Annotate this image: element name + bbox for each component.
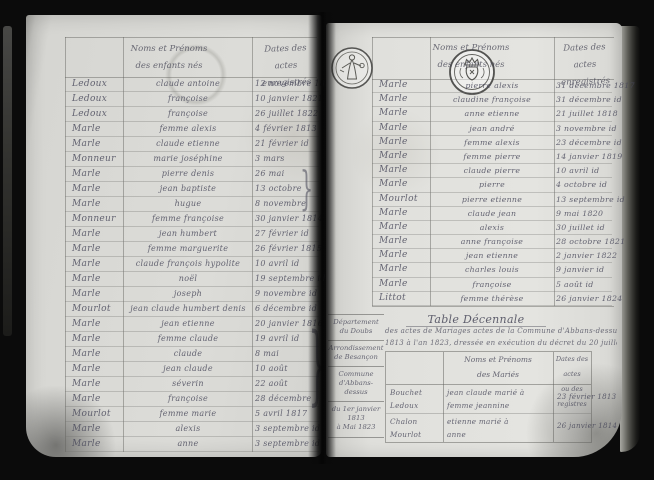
given-name-cell: claude jean bbox=[430, 207, 554, 221]
surname-cell: Marle bbox=[372, 122, 430, 136]
spouses-surnames-cell: Bouchet Ledoux bbox=[386, 385, 443, 413]
margin-note-line2: du Doubs bbox=[328, 327, 384, 336]
date-cell: 9 janvier id bbox=[554, 263, 612, 277]
register-row: Marle alexis 30 juillet id bbox=[372, 221, 612, 235]
date-cell: 31 décembre id bbox=[554, 93, 612, 107]
given-name-cell: marie joséphine bbox=[123, 152, 253, 166]
surname-cell: Marle bbox=[372, 79, 430, 93]
column-divider bbox=[553, 352, 554, 442]
margin-note-block: Département du Doubs bbox=[328, 314, 384, 336]
dates-header-line1: Dates des actes bbox=[554, 39, 615, 75]
surname-cell: Marle bbox=[65, 137, 123, 151]
given-name-cell: claude bbox=[123, 347, 253, 361]
spouses-given-names-cell: jean claude marié à femme jeannine bbox=[443, 385, 553, 413]
surname-line2: Mourlot bbox=[390, 428, 443, 441]
given-name-cell: pierre etienne bbox=[430, 193, 554, 207]
margin-note-line2: de Besançon bbox=[328, 353, 384, 362]
surname-cell: Marle bbox=[372, 136, 430, 150]
register-row: Ledoux claude antoine 12 novembre 1819 bbox=[65, 77, 319, 92]
surname-cell: Marle bbox=[65, 167, 123, 181]
register-row: Marle femme alexis 4 février 1813 bbox=[65, 122, 319, 137]
given-line2: femme jeannine bbox=[447, 399, 553, 412]
surname-cell: Marle bbox=[65, 422, 123, 436]
table-bottom-rule bbox=[372, 306, 614, 307]
dates-header-line1: Dates des actes bbox=[553, 352, 591, 382]
table-description-line1: des actes de Mariages actes de la Commun… bbox=[385, 327, 617, 335]
margin-note-line1: Département bbox=[328, 318, 384, 327]
surname-line1: Bouchet bbox=[390, 386, 443, 399]
register-row: Marle anne 3 septembre id bbox=[65, 437, 319, 452]
left-page: Noms et Prénoms des enfants nés Dates de… bbox=[26, 15, 322, 457]
marriage-date-cell: 26 janvier 1814 bbox=[553, 414, 591, 442]
margin-note-block: du 1er janvier 1813 à Mai 1823 bbox=[328, 401, 384, 432]
date-cell: 28 octobre 1821 bbox=[554, 235, 612, 249]
register-row: Marle jean baptiste 13 octobre bbox=[65, 182, 319, 197]
book-gutter-shadow bbox=[308, 12, 336, 464]
names-header-line1: Noms et Prénoms bbox=[443, 352, 553, 367]
register-row: Ledoux françoise 26 juillet 1822 bbox=[65, 107, 319, 122]
margin-closing-rule bbox=[328, 437, 384, 440]
scanned-register-photo: Noms et Prénoms des enfants nés Dates de… bbox=[0, 0, 654, 480]
surname-cell: Marle bbox=[65, 227, 123, 241]
surname-cell: Marle bbox=[65, 332, 123, 346]
register-row: Mourlot jean claude humbert denis 6 déce… bbox=[65, 302, 319, 317]
surname-cell: Marle bbox=[65, 362, 123, 376]
register-row: Marle femme pierre 14 janvier 1819 bbox=[372, 150, 612, 164]
given-name-cell: françoise bbox=[123, 107, 253, 121]
date-cell: 21 juillet 1818 bbox=[554, 107, 612, 121]
surname-cell: Marle bbox=[372, 107, 430, 121]
date-cell: 2 janvier 1822 bbox=[554, 249, 612, 263]
register-row: Marle alexis 3 septembre id bbox=[65, 422, 319, 437]
margin-note-line1: du 1er janvier 1813 bbox=[328, 405, 384, 423]
given-name-cell: femme claude bbox=[123, 332, 253, 346]
given-name-cell: anne etienne bbox=[430, 107, 554, 121]
date-cell: 4 octobre id bbox=[554, 178, 612, 192]
register-row: Marle pierre denis 26 mai bbox=[65, 167, 319, 182]
names-header-line2: des enfants nés bbox=[88, 58, 250, 75]
spouses-surnames-cell: Chalon Mourlot bbox=[386, 414, 443, 442]
given-name-cell: alexis bbox=[123, 422, 253, 436]
given-name-cell: jean humbert bbox=[123, 227, 253, 241]
surname-cell: Marle bbox=[65, 437, 123, 451]
register-row: Marle jean claude 10 août bbox=[65, 362, 319, 377]
surname-cell: Marle bbox=[65, 197, 123, 211]
surname-cell: Marle bbox=[65, 347, 123, 361]
date-cell: 26 janvier 1824 bbox=[554, 292, 612, 306]
register-row: Ledoux françoise 10 janvier 1821 bbox=[65, 92, 319, 107]
decennial-table-title: Table Décennale bbox=[406, 313, 546, 327]
margin-note-line1: Arrondissement bbox=[328, 344, 384, 353]
register-row: Mourlot femme marie 5 avril 1817 bbox=[65, 407, 319, 422]
surname-cell: Monneur bbox=[65, 212, 123, 226]
date-cell: 10 avril id bbox=[554, 164, 612, 178]
given-name-cell: jean etienne bbox=[430, 249, 554, 263]
given-name-cell: séverin bbox=[123, 377, 253, 391]
table-top-rule bbox=[372, 37, 614, 38]
birth-register-rows: Marle pierre alexis 31 décembre 1817 Mar… bbox=[372, 79, 612, 306]
register-row: Marle charles louis 9 janvier id bbox=[372, 263, 612, 277]
register-row: Marle hugue 8 novembre bbox=[65, 197, 319, 212]
given-line1: etienne marié à bbox=[447, 415, 553, 428]
given-name-cell: femme alexis bbox=[430, 136, 554, 150]
register-row: Littot femme thérèse 26 janvier 1824 bbox=[372, 292, 612, 306]
register-row: Marle claude jean 9 mai 1820 bbox=[372, 207, 612, 221]
surname-cell: Marle bbox=[65, 317, 123, 331]
marianne-figure-seal-icon bbox=[330, 46, 374, 90]
given-name-cell: femme pierre bbox=[430, 150, 554, 164]
given-name-cell: jean etienne bbox=[123, 317, 253, 331]
table-description-line2: 1813 à l'an 1823, dressée en exécution d… bbox=[385, 339, 617, 347]
margin-note-block: Arrondissement de Besançon bbox=[328, 340, 384, 362]
register-row: Marle pierre 4 octobre id bbox=[372, 178, 612, 192]
given-name-cell: françoise bbox=[123, 92, 253, 106]
register-row: Marle joseph 9 novembre id bbox=[65, 287, 319, 302]
surname-cell: Marle bbox=[65, 122, 123, 136]
register-row: Marle claude françois hypolite 10 avril … bbox=[65, 257, 319, 272]
given-name-cell: claude françois hypolite bbox=[123, 257, 253, 271]
register-row: Marle noël 19 septembre id bbox=[65, 272, 319, 287]
given-name-cell: femme marie bbox=[123, 407, 253, 421]
given-name-cell: anne françoise bbox=[430, 235, 554, 249]
date-cell: 13 septembre id bbox=[554, 193, 612, 207]
date-cell: 9 mai 1820 bbox=[554, 207, 612, 221]
given-name-cell: claude pierre bbox=[430, 164, 554, 178]
given-name-cell: claudine françoise bbox=[430, 93, 554, 107]
register-row: Marle anne etienne 21 juillet 1818 bbox=[372, 107, 612, 121]
surname-cell: Ledoux bbox=[65, 107, 123, 121]
given-name-cell: jean claude bbox=[123, 362, 253, 376]
register-row: Marle femme alexis 23 décembre id bbox=[372, 136, 612, 150]
date-cell: 3 novembre id bbox=[554, 122, 612, 136]
column-divider bbox=[443, 352, 444, 442]
register-row: Marle séverin 22 août bbox=[65, 377, 319, 392]
surname-cell: Marle bbox=[372, 150, 430, 164]
margin-note-line1: Commune bbox=[328, 370, 384, 379]
marriage-rows: Bouchet Ledoux jean claude marié à femme… bbox=[386, 385, 591, 442]
marriage-row: Chalon Mourlot etienne marié à anne 26 j… bbox=[386, 414, 591, 442]
given-line1: jean claude marié à bbox=[447, 386, 553, 399]
given-line2: anne bbox=[447, 428, 553, 441]
right-page: Noms et Prénoms des enfants nés Dates de… bbox=[326, 23, 622, 457]
surname-cell: Marle bbox=[372, 278, 430, 292]
register-row: Mourlot pierre etienne 13 septembre id bbox=[372, 193, 612, 207]
names-header-line1: Noms et Prénoms bbox=[396, 40, 546, 57]
date-cell: 14 janvier 1819 bbox=[554, 150, 612, 164]
given-name-cell: joseph bbox=[123, 287, 253, 301]
given-name-cell: charles louis bbox=[430, 263, 554, 277]
surname-cell: Ledoux bbox=[65, 92, 123, 106]
surname-cell: Marle bbox=[372, 207, 430, 221]
register-row: Marle claude 8 mai bbox=[65, 347, 319, 362]
margin-administrative-notes: Département du Doubs Arrondissement de B… bbox=[328, 314, 384, 436]
spouses-given-names-cell: etienne marié à anne bbox=[443, 414, 553, 442]
given-name-cell: alexis bbox=[430, 221, 554, 235]
birth-register-rows: Ledoux claude antoine 12 novembre 1819 L… bbox=[65, 77, 319, 452]
surname-line1: Chalon bbox=[390, 415, 443, 428]
surname-cell: Littot bbox=[372, 292, 430, 306]
surname-cell: Marle bbox=[65, 182, 123, 196]
given-name-cell: pierre alexis bbox=[430, 79, 554, 93]
surname-cell: Marle bbox=[372, 178, 430, 192]
register-row: Marle anne françoise 28 octobre 1821 bbox=[372, 235, 612, 249]
surname-cell: Marle bbox=[65, 257, 123, 271]
margin-note-block: Commune d'Abbans-dessus bbox=[328, 366, 384, 397]
given-name-cell: pierre bbox=[430, 178, 554, 192]
names-column-header: Noms et Prénoms des enfants nés bbox=[88, 41, 250, 75]
surname-cell: Marle bbox=[372, 221, 430, 235]
married-names-header: Noms et Prénoms des Mariés bbox=[443, 352, 553, 384]
surname-cell: Marle bbox=[65, 377, 123, 391]
surname-cell: Mourlot bbox=[372, 193, 430, 207]
given-name-cell: anne bbox=[123, 437, 253, 451]
names-column-header: Noms et Prénoms des enfants nés bbox=[396, 40, 546, 74]
register-row: Monneur femme françoise 30 janvier 1814 bbox=[65, 212, 319, 227]
given-name-cell: femme marguerite bbox=[123, 242, 253, 256]
names-header-line1: Noms et Prénoms bbox=[88, 41, 250, 58]
surname-cell: Monneur bbox=[65, 152, 123, 166]
register-row: Marle jean humbert 27 février id bbox=[65, 227, 319, 242]
surname-cell: Marle bbox=[372, 93, 430, 107]
given-name-cell: jean andré bbox=[430, 122, 554, 136]
register-row: Marle françoise 28 décembre bbox=[65, 392, 319, 407]
given-name-cell: noël bbox=[123, 272, 253, 286]
marriage-table: Noms et Prénoms des Mariés Dates des act… bbox=[385, 351, 592, 443]
date-cell: 23 décembre id bbox=[554, 136, 612, 150]
register-row: Marle claude pierre 10 avril id bbox=[372, 164, 612, 178]
given-name-cell: femme françoise bbox=[123, 212, 253, 226]
margin-note-line2: d'Abbans-dessus bbox=[328, 379, 384, 397]
given-name-cell: claude antoine bbox=[123, 77, 253, 91]
names-header-line2: des enfants nés bbox=[396, 57, 546, 74]
register-row: Marle jean etienne 20 janvier 1816 bbox=[65, 317, 319, 332]
surname-line2: Ledoux bbox=[390, 399, 443, 412]
surname-cell: Marle bbox=[65, 287, 123, 301]
marriage-dates-header: Dates des actes ou des registres bbox=[553, 352, 591, 384]
date-cell: 5 août id bbox=[554, 278, 612, 292]
date-cell: 31 décembre 1817 bbox=[554, 79, 612, 93]
given-name-cell: jean baptiste bbox=[123, 182, 253, 196]
surname-cell: Marle bbox=[372, 263, 430, 277]
given-name-cell: jean claude humbert denis bbox=[123, 302, 253, 316]
surname-cell: Mourlot bbox=[65, 407, 123, 421]
margin-note-line2: à Mai 1823 bbox=[328, 423, 384, 432]
marriage-row: Bouchet Ledoux jean claude marié à femme… bbox=[386, 385, 591, 414]
given-name-cell: femme alexis bbox=[123, 122, 253, 136]
book-left-edge bbox=[3, 26, 12, 336]
given-name-cell: pierre denis bbox=[123, 167, 253, 181]
register-row: Marle claudine françoise 31 décembre id bbox=[372, 93, 612, 107]
given-name-cell: françoise bbox=[123, 392, 253, 406]
surname-cell: Marle bbox=[372, 249, 430, 263]
marriage-date-cell: 23 février 1813 bbox=[553, 385, 591, 413]
given-name-cell: claude etienne bbox=[123, 137, 253, 151]
register-row: Marle femme marguerite 26 février 1815 bbox=[65, 242, 319, 257]
register-row: Marle pierre alexis 31 décembre 1817 bbox=[372, 79, 612, 93]
given-name-cell: femme thérèse bbox=[430, 292, 554, 306]
surname-cell: Marle bbox=[372, 164, 430, 178]
register-row: Marle françoise 5 août id bbox=[372, 278, 612, 292]
surname-cell: Marle bbox=[372, 235, 430, 249]
surname-cell: Mourlot bbox=[65, 302, 123, 316]
register-row: Marle claude etienne 21 février id bbox=[65, 137, 319, 152]
register-row: Marle femme claude 19 avril id bbox=[65, 332, 319, 347]
register-row: Marle jean andré 3 novembre id bbox=[372, 122, 612, 136]
surname-cell: Ledoux bbox=[65, 77, 123, 91]
table-top-rule bbox=[65, 37, 317, 38]
surname-cell: Marle bbox=[65, 272, 123, 286]
register-row: Marle jean etienne 2 janvier 1822 bbox=[372, 249, 612, 263]
surname-cell: Marle bbox=[65, 242, 123, 256]
surname-cell: Marle bbox=[65, 392, 123, 406]
date-cell: 30 juillet id bbox=[554, 221, 612, 235]
given-name-cell: françoise bbox=[430, 278, 554, 292]
names-header-line2: des Mariés bbox=[443, 367, 553, 382]
marriage-table-header: Noms et Prénoms des Mariés Dates des act… bbox=[386, 352, 591, 385]
given-name-cell: hugue bbox=[123, 197, 253, 211]
register-row: Monneur marie joséphine 3 mars bbox=[65, 152, 319, 167]
